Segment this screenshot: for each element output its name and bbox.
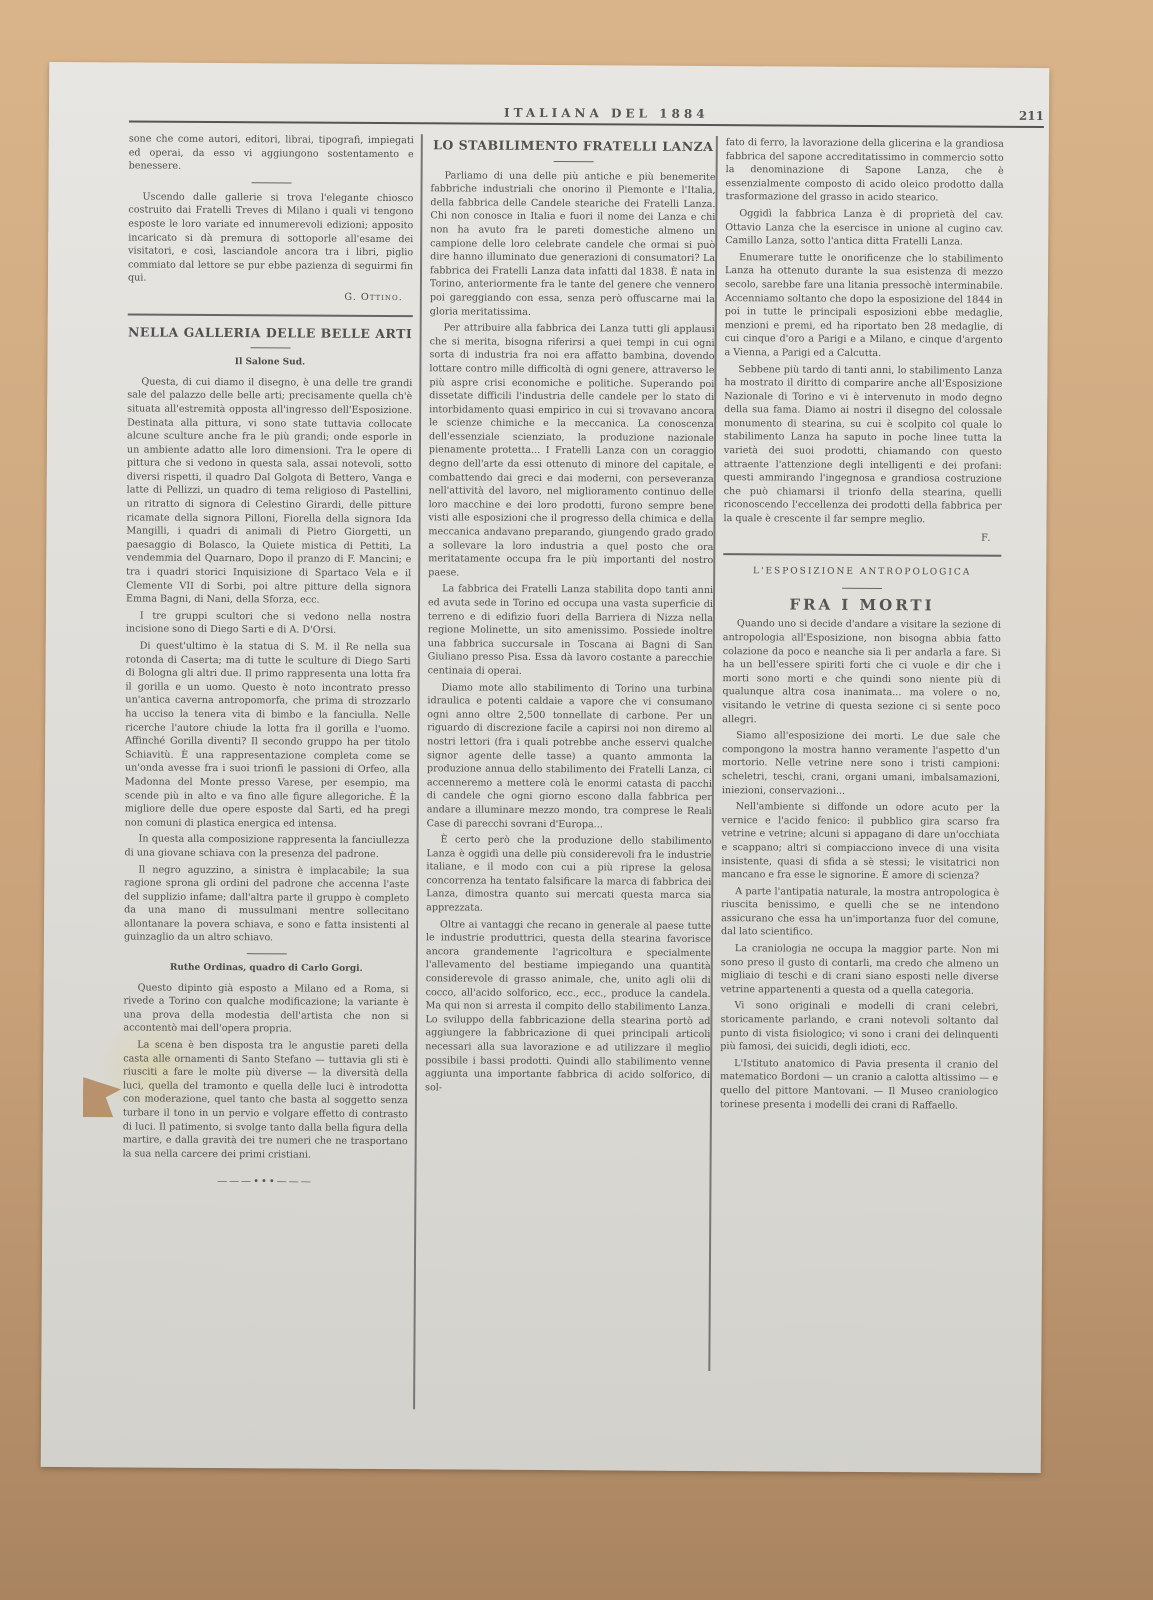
paragraph: fato di ferro, la lavorazione della glic… [725,136,1003,206]
divider [246,953,286,954]
section-heading: Il Salone Sud. [127,356,412,371]
paragraph: I tre gruppi scultori che si vedono nell… [126,609,411,638]
subsection-heading: Ruthe Ordinas, quadro di Carlo Gorgi. [124,961,409,976]
paragraph: Oltre ai vantaggi che recano in generale… [425,918,711,1096]
paragraph: Vi sono originali e modelli di crani cel… [720,1000,998,1056]
paragraph: La fabbrica dei Fratelli Lanza stabilita… [428,583,714,680]
paragraph: A parte l'antipatia naturale, la mostra … [721,885,999,941]
paragraph: Parliamo di una delle più antiche e più … [430,169,716,320]
paragraph: Diamo mote allo stabilimento di Torino u… [427,681,713,832]
newspaper-page: ITALIANA DEL 1884 211 sone che come auto… [41,62,1050,1473]
paragraph: Nell'ambiente si diffonde un odore acuto… [721,800,999,883]
divider [250,347,290,348]
column-right: fato di ferro, la lavorazione della glic… [708,136,1004,1373]
paragraph: Questo dipinto già esposto a Milano ed a… [123,981,408,1037]
paragraph: Uscendo dalle gallerie si trova l'elegan… [128,190,414,287]
article-title: LO STABILIMENTO FRATELLI LANZA [431,138,716,153]
paragraph: L'Istituto anatomico di Pavia presenta i… [720,1057,998,1113]
paragraph: Sebbene più tardo di tanti anni, lo stab… [723,363,1002,528]
divider [251,182,291,183]
paragraph: La scena è ben disposta tra le angustie … [123,1038,409,1162]
intro-paragraph: sone che come autori, editori, librai, t… [129,132,414,175]
paragraph: Per attribuire alla fabbrica dei Lanza t… [428,321,715,581]
page-number: 211 [1019,109,1044,126]
paragraph: Enumerare tutte le onorificenze che lo s… [724,251,1003,361]
divider [553,161,593,162]
section-divider [128,313,413,317]
paragraph: Il negro aguzzino, a sinistra è implacab… [124,863,409,946]
paragraph: In questa alla composizione rappresenta … [124,833,409,862]
signature: G. Ottino. [128,289,403,304]
paragraph: La craniologia ne occupa la maggior part… [721,942,999,998]
paragraph: Siamo all'esposizione dei morti. Le due … [722,729,1000,799]
paragraph: È certo però che la produzione dello sta… [426,833,711,916]
signature: F. [723,530,991,545]
section-divider [723,553,1001,557]
paragraph: Questa, di cui diamo il disegno, è una d… [126,375,412,608]
running-title: ITALIANA DEL 1884 [504,106,709,124]
paragraph: Quando uno si decide d'andare a visitare… [722,617,1001,727]
paragraph: Oggidì la fabbrica Lanza è di proprietà … [725,207,1003,249]
ornament-divider: ———•••——— [122,1175,407,1190]
paragraph: Di quest'ultimo è la statua di S. M. il … [125,639,411,831]
divider [842,588,882,589]
article-title: FRA I MORTI [723,598,1001,613]
page-header: ITALIANA DEL 1884 211 [129,92,1044,128]
article-title: NELLA GALLERIA DELLE BELLE ARTI [128,325,413,340]
article-kicker: L'ESPOSIZIONE ANTROPOLOGICA [723,565,1001,580]
column-middle: LO STABILIMENTO FRATELLI LANZA Parliamo … [413,134,716,1411]
column-left: sone che come autori, editori, librai, t… [122,132,413,1190]
